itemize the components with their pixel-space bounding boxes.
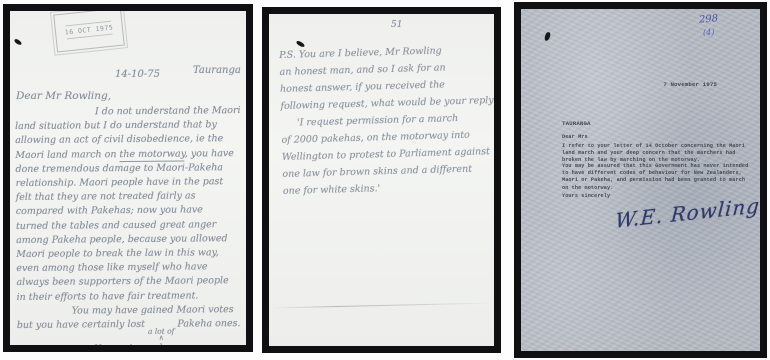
- line-pre: Maori land march on: [15, 149, 119, 161]
- handwritten-line: relationship. Maori people have in the p…: [16, 175, 244, 191]
- handwritten-line: Maori people to break the law in this wa…: [16, 246, 244, 262]
- handwritten-line-with-insert: but you have certainly losta lot of∧Pake…: [17, 317, 245, 342]
- reply-salutation: Dear Mrs: [562, 134, 588, 141]
- line-post: Pakeha ones.: [177, 318, 240, 330]
- handwritten-line: allowing an act of civil disobedience, i…: [15, 132, 243, 148]
- line-pre: but you have certainly lost: [17, 319, 145, 331]
- page-number: 51: [391, 20, 402, 30]
- typed-line: land march and your deep concern that th…: [562, 150, 745, 157]
- letter-page-3: 298 (4) 7 November 1975 TAURANGA Dear Mr…: [514, 2, 767, 358]
- handwritten-line: always been supporters of the Maori peop…: [16, 274, 244, 290]
- typed-line: on the motorway.: [562, 185, 748, 192]
- letter-page-1: 16 OCT 1975 14-10-75 Tauranga Dear Mr Ro…: [3, 4, 253, 352]
- paragraph-lines: done tremendous damage to Maori-Pakehare…: [15, 161, 244, 305]
- letter-page-1-paper: 16 OCT 1975 14-10-75 Tauranga Dear Mr Ro…: [10, 11, 246, 345]
- line-post: , you have: [185, 148, 234, 159]
- typed-line: You may be assured that this Government …: [562, 163, 748, 170]
- letter-body: I do not understand the Maori land situa…: [15, 104, 245, 345]
- typed-line: I refer to your letter of 14 October con…: [562, 143, 745, 150]
- letter-place: Tauranga: [193, 65, 241, 76]
- paper-crease: [269, 302, 494, 308]
- letter-date: 14-10-75: [115, 69, 160, 80]
- ink-mark: [14, 38, 23, 46]
- typed-line: Maori or Pakeha, and permission had been…: [562, 177, 748, 184]
- folio-note: (4): [703, 28, 714, 37]
- postscript-body: P.S. You are I believe, Mr Rowlingan hon…: [279, 41, 492, 200]
- reply-date: 7 November 1975: [663, 81, 717, 88]
- inserted-words: a lot of∧: [148, 328, 175, 342]
- paragraph-lines: land situation but I do understand that …: [15, 118, 243, 148]
- letter-page-2-paper: 51 P.S. You are I believe, Mr Rowlingan …: [269, 14, 494, 346]
- letter-page-2: 51 P.S. You are I believe, Mr Rowlingan …: [262, 7, 501, 353]
- reply-place: TAURANGA: [562, 120, 591, 127]
- folio-number: 298: [699, 13, 719, 25]
- letter-page-3-paper: 298 (4) 7 November 1975 TAURANGA Dear Mr…: [521, 9, 760, 351]
- document-scan-canvas: { "page1": { "stamp_date": "16 OCT 1975"…: [0, 0, 770, 360]
- reply-closing: Yours sincerely: [562, 193, 610, 200]
- caret-mark: ∧: [159, 334, 164, 341]
- postscript-lines: P.S. You are I believe, Mr Rowlingan hon…: [279, 41, 490, 115]
- reply-paragraph-2: You may be assured that this Government …: [562, 163, 748, 192]
- received-date-stamp: 16 OCT 1975: [53, 11, 125, 52]
- typed-line: to have different codes of behaviour for…: [562, 170, 748, 177]
- salutation: Dear Mr Rowling,: [16, 90, 111, 102]
- reply-paragraph-1: I refer to your letter of 14 October con…: [562, 143, 745, 165]
- underlined-phrase: the motorway: [119, 148, 184, 162]
- quoted-request-lines: 'I request permission for a marchof 2000…: [281, 109, 492, 200]
- ink-mark: [544, 32, 551, 42]
- rowling-signature: W.E. Rowling: [614, 193, 760, 233]
